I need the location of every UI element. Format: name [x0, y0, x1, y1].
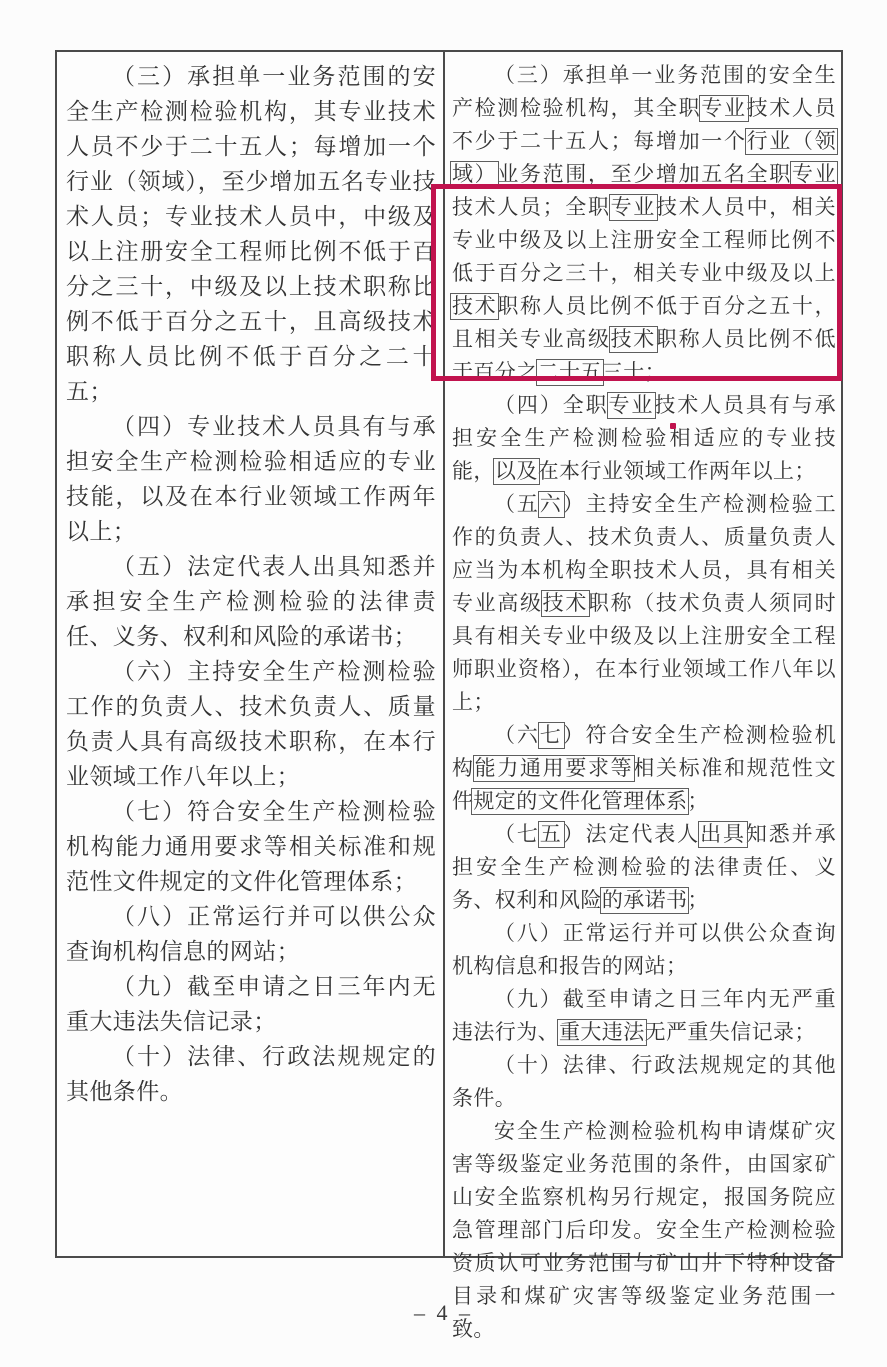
paragraph: （三）承担单一业务范围的安全生产检测检验机构，其全职专业技术人员不少于二十五人；…: [452, 59, 836, 389]
paragraph: （四）全职专业技术人员具有与承担安全生产检测检验相适应的专业技能，以及在本行业领…: [452, 389, 836, 488]
text-run: （四）全职: [494, 394, 609, 417]
paragraph: （九）截至申请之日三年内无重大违法失信记录；: [66, 969, 436, 1039]
revision-boxed-text: 六: [540, 493, 563, 516]
revision-boxed-text: 技术: [543, 592, 588, 615]
page-number: – 4 –: [0, 1300, 887, 1326]
text-run: （三）承担单一业务范围的安全生产检测检验机构，其专业技术人员不少于二十五人；每增…: [66, 63, 436, 404]
revision-boxed-text: 五: [540, 823, 563, 846]
revision-boxed-text: 专业: [609, 394, 655, 417]
document-page: （三）承担单一业务范围的安全生产检测检验机构，其专业技术人员不少于二十五人；每增…: [0, 0, 887, 1367]
paragraph: （七）符合安全生产检测检验机构能力通用要求等相关标准和规范性文件规定的文件化管理…: [66, 794, 436, 899]
text-run: （七: [494, 823, 540, 846]
comparison-table: （三）承担单一业务范围的安全生产检测检验机构，其专业技术人员不少于二十五人；每增…: [55, 50, 843, 1258]
text-run: （五: [494, 493, 540, 516]
text-run: 技术人员；全职: [452, 196, 611, 219]
revision-boxed-text: 重大违法: [559, 1021, 645, 1044]
text-run: ）法定代表人: [563, 823, 700, 846]
paragraph: （四）专业技术人员具有与承担安全生产检测检验相适应的专业技能，以及在本行业领域工…: [66, 409, 436, 549]
text-run: （十）法律、行政法规规定的其他条件。: [452, 1054, 836, 1110]
revision-boxed-text: 技术: [452, 295, 497, 318]
paragraph: （五）法定代表人出具知悉并承担安全生产检测检验的法律责任、义务、权利和风险的承诺…: [66, 549, 436, 654]
text-run: ；: [687, 790, 708, 813]
text-run: （八）正常运行并可以供公众查询机构信息和报告的网站；: [452, 922, 836, 978]
text-run: ；: [687, 889, 708, 912]
revision-boxed-text: 专业: [792, 163, 836, 186]
revision-boxed-text: 以及: [495, 460, 538, 483]
paragraph: （八）正常运行并可以供公众查询机构信息和报告的网站；: [452, 917, 836, 983]
paragraph: （七五）法定代表人出具知悉并承担安全生产检测检验的法律责任、义务、权利和风险的承…: [452, 818, 836, 917]
paragraph: （五六）主持安全生产检测检验工作的负责人、技术负责人、质量负责人应当为本机构全职…: [452, 488, 836, 719]
text-run: 业务范围，至少增加五名全职: [497, 163, 792, 186]
revision-boxed-text: 七: [540, 724, 563, 747]
paragraph: （十）法律、行政法规规定的其他条件。: [66, 1039, 436, 1109]
revision-boxed-text: 的承诺书: [602, 889, 688, 912]
paragraph: （三）承担单一业务范围的安全生产检测检验机构，其专业技术人员不少于二十五人；每增…: [66, 59, 436, 409]
paragraph: （六）主持安全生产检测检验工作的负责人、技术负责人、质量负责人具有高级技术职称，…: [66, 654, 436, 794]
revision-boxed-text: 专业: [701, 97, 746, 120]
text-run: （七）符合安全生产检测检验机构能力通用要求等相关标准和规范性文件规定的文件化管理…: [66, 798, 436, 894]
revision-boxed-text: 专业: [611, 196, 656, 219]
revision-boxed-text: 能力通用要求等: [475, 757, 634, 780]
text-run: （八）正常运行并可以供公众查询机构信息的网站；: [66, 903, 436, 964]
revision-boxed-text: 技术: [611, 328, 656, 351]
paragraph: （九）截至申请之日三年内无严重违法行为、重大违法无严重失信记录；: [452, 983, 836, 1049]
revision-boxed-text: 二十五: [538, 361, 602, 384]
red-dot-mark: [670, 423, 676, 429]
text-run: （五）法定代表人出具知悉并承担安全生产检测检验的法律责任、义务、权利和风险的承诺…: [66, 553, 436, 649]
revision-boxed-text: 规定的文件化管理体系: [473, 790, 687, 813]
text-run: 无严重失信记录；: [645, 1021, 816, 1044]
paragraph: （八）正常运行并可以供公众查询机构信息的网站；: [66, 899, 436, 969]
text-run: 在本行业领域工作两年以上；: [538, 460, 816, 483]
paragraph: （六七）符合安全生产检测检验机构能力通用要求等相关标准和规范性文件规定的文件化管…: [452, 719, 836, 818]
text-run: （四）专业技术人员具有与承担安全生产检测检验相适应的专业技能，以及在本行业领域工…: [66, 413, 436, 544]
revision-boxed-text: 出具: [700, 823, 746, 846]
original-text-column: （三）承担单一业务范围的安全生产检测检验机构，其专业技术人员不少于二十五人；每增…: [57, 52, 445, 1256]
text-run: （六: [494, 724, 540, 747]
text-run: （十）法律、行政法规规定的其他条件。: [66, 1043, 436, 1104]
text-run: 三十；: [602, 361, 666, 384]
text-run: （九）截至申请之日三年内无重大违法失信记录；: [66, 973, 436, 1034]
text-run: （六）主持安全生产检测检验工作的负责人、技术负责人、质量负责人具有高级技术职称，…: [66, 658, 436, 789]
revised-text-column: （三）承担单一业务范围的安全生产检测检验机构，其全职专业技术人员不少于二十五人；…: [445, 52, 841, 1256]
paragraph: （十）法律、行政法规规定的其他条件。: [452, 1049, 836, 1115]
